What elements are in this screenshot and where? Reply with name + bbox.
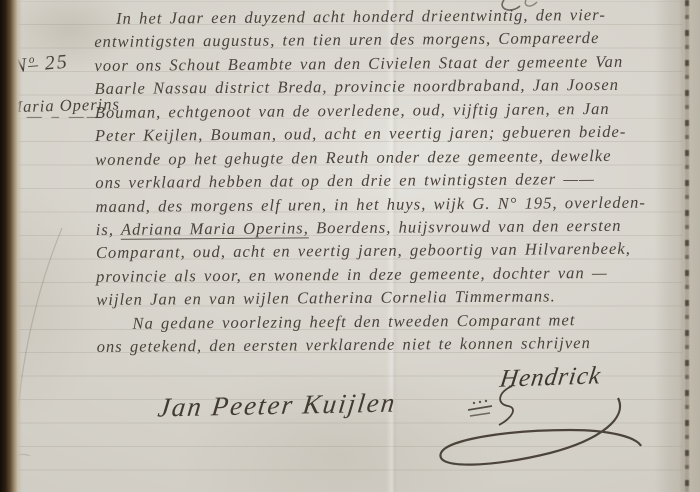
deceased-name-underlined: Adriana Maria Operins, <box>121 218 309 239</box>
line-text: entwintigsten augustus, ten tien uren de… <box>94 28 599 51</box>
line-text: is, <box>96 220 121 239</box>
line-text: Na gedane voorlezing heeft den tweeden C… <box>132 310 575 332</box>
line-text: ons verklaard hebben dat op den drie en … <box>95 169 595 192</box>
act-number-value: 25 <box>44 51 70 75</box>
line-text: Comparant, oud, acht en veertig jaren, g… <box>96 239 631 262</box>
line-text: provincie als voor, en wonende in deze g… <box>96 263 608 286</box>
line-text: voor ons Schout Beambte van den Civielen… <box>94 52 623 75</box>
line-text: Baarle Nassau district Breda, provincie … <box>95 75 620 98</box>
act-body-text: In het Jaar een duyzend acht honderd dri… <box>94 2 683 358</box>
death-record-scan: No 25 a Maria Operins — — – —— In het Ja… <box>0 0 700 492</box>
page-edge-shadow-line <box>685 0 689 492</box>
line-text: maand, des morgens elf uren, in het huys… <box>95 192 645 215</box>
act-number-superscript: o <box>27 54 38 68</box>
record-line: ons getekend, den eersten verklarende ni… <box>97 331 683 359</box>
line-text: ons getekend, den eersten verklarende ni… <box>97 333 591 356</box>
line-text: wijlen Jan en van wijlen Catherina Corne… <box>96 287 556 310</box>
line-text: Boerdens, huijsvrouwd van den eersten <box>309 216 622 237</box>
act-number: No 25 <box>12 51 70 79</box>
margin-filler-dashes: — — – —— <box>2 109 105 126</box>
signature-first-comparant: Jan Peeter Kuijlen <box>156 387 398 423</box>
line-text: In het Jaar een duyzend acht honderd dri… <box>116 5 606 28</box>
line-text: wonende op het gehugte den Reuth onder d… <box>95 146 612 169</box>
faint-corner-arc <box>0 228 80 492</box>
signature-official: Hendrick <box>498 362 603 394</box>
record-line: provincie als voor, en wonende in deze g… <box>96 260 682 288</box>
line-text: Bouman, echtgenoot van de overledene, ou… <box>95 99 610 122</box>
line-text: Peter Keijlen, Bouman, oud, acht en veer… <box>95 122 627 145</box>
